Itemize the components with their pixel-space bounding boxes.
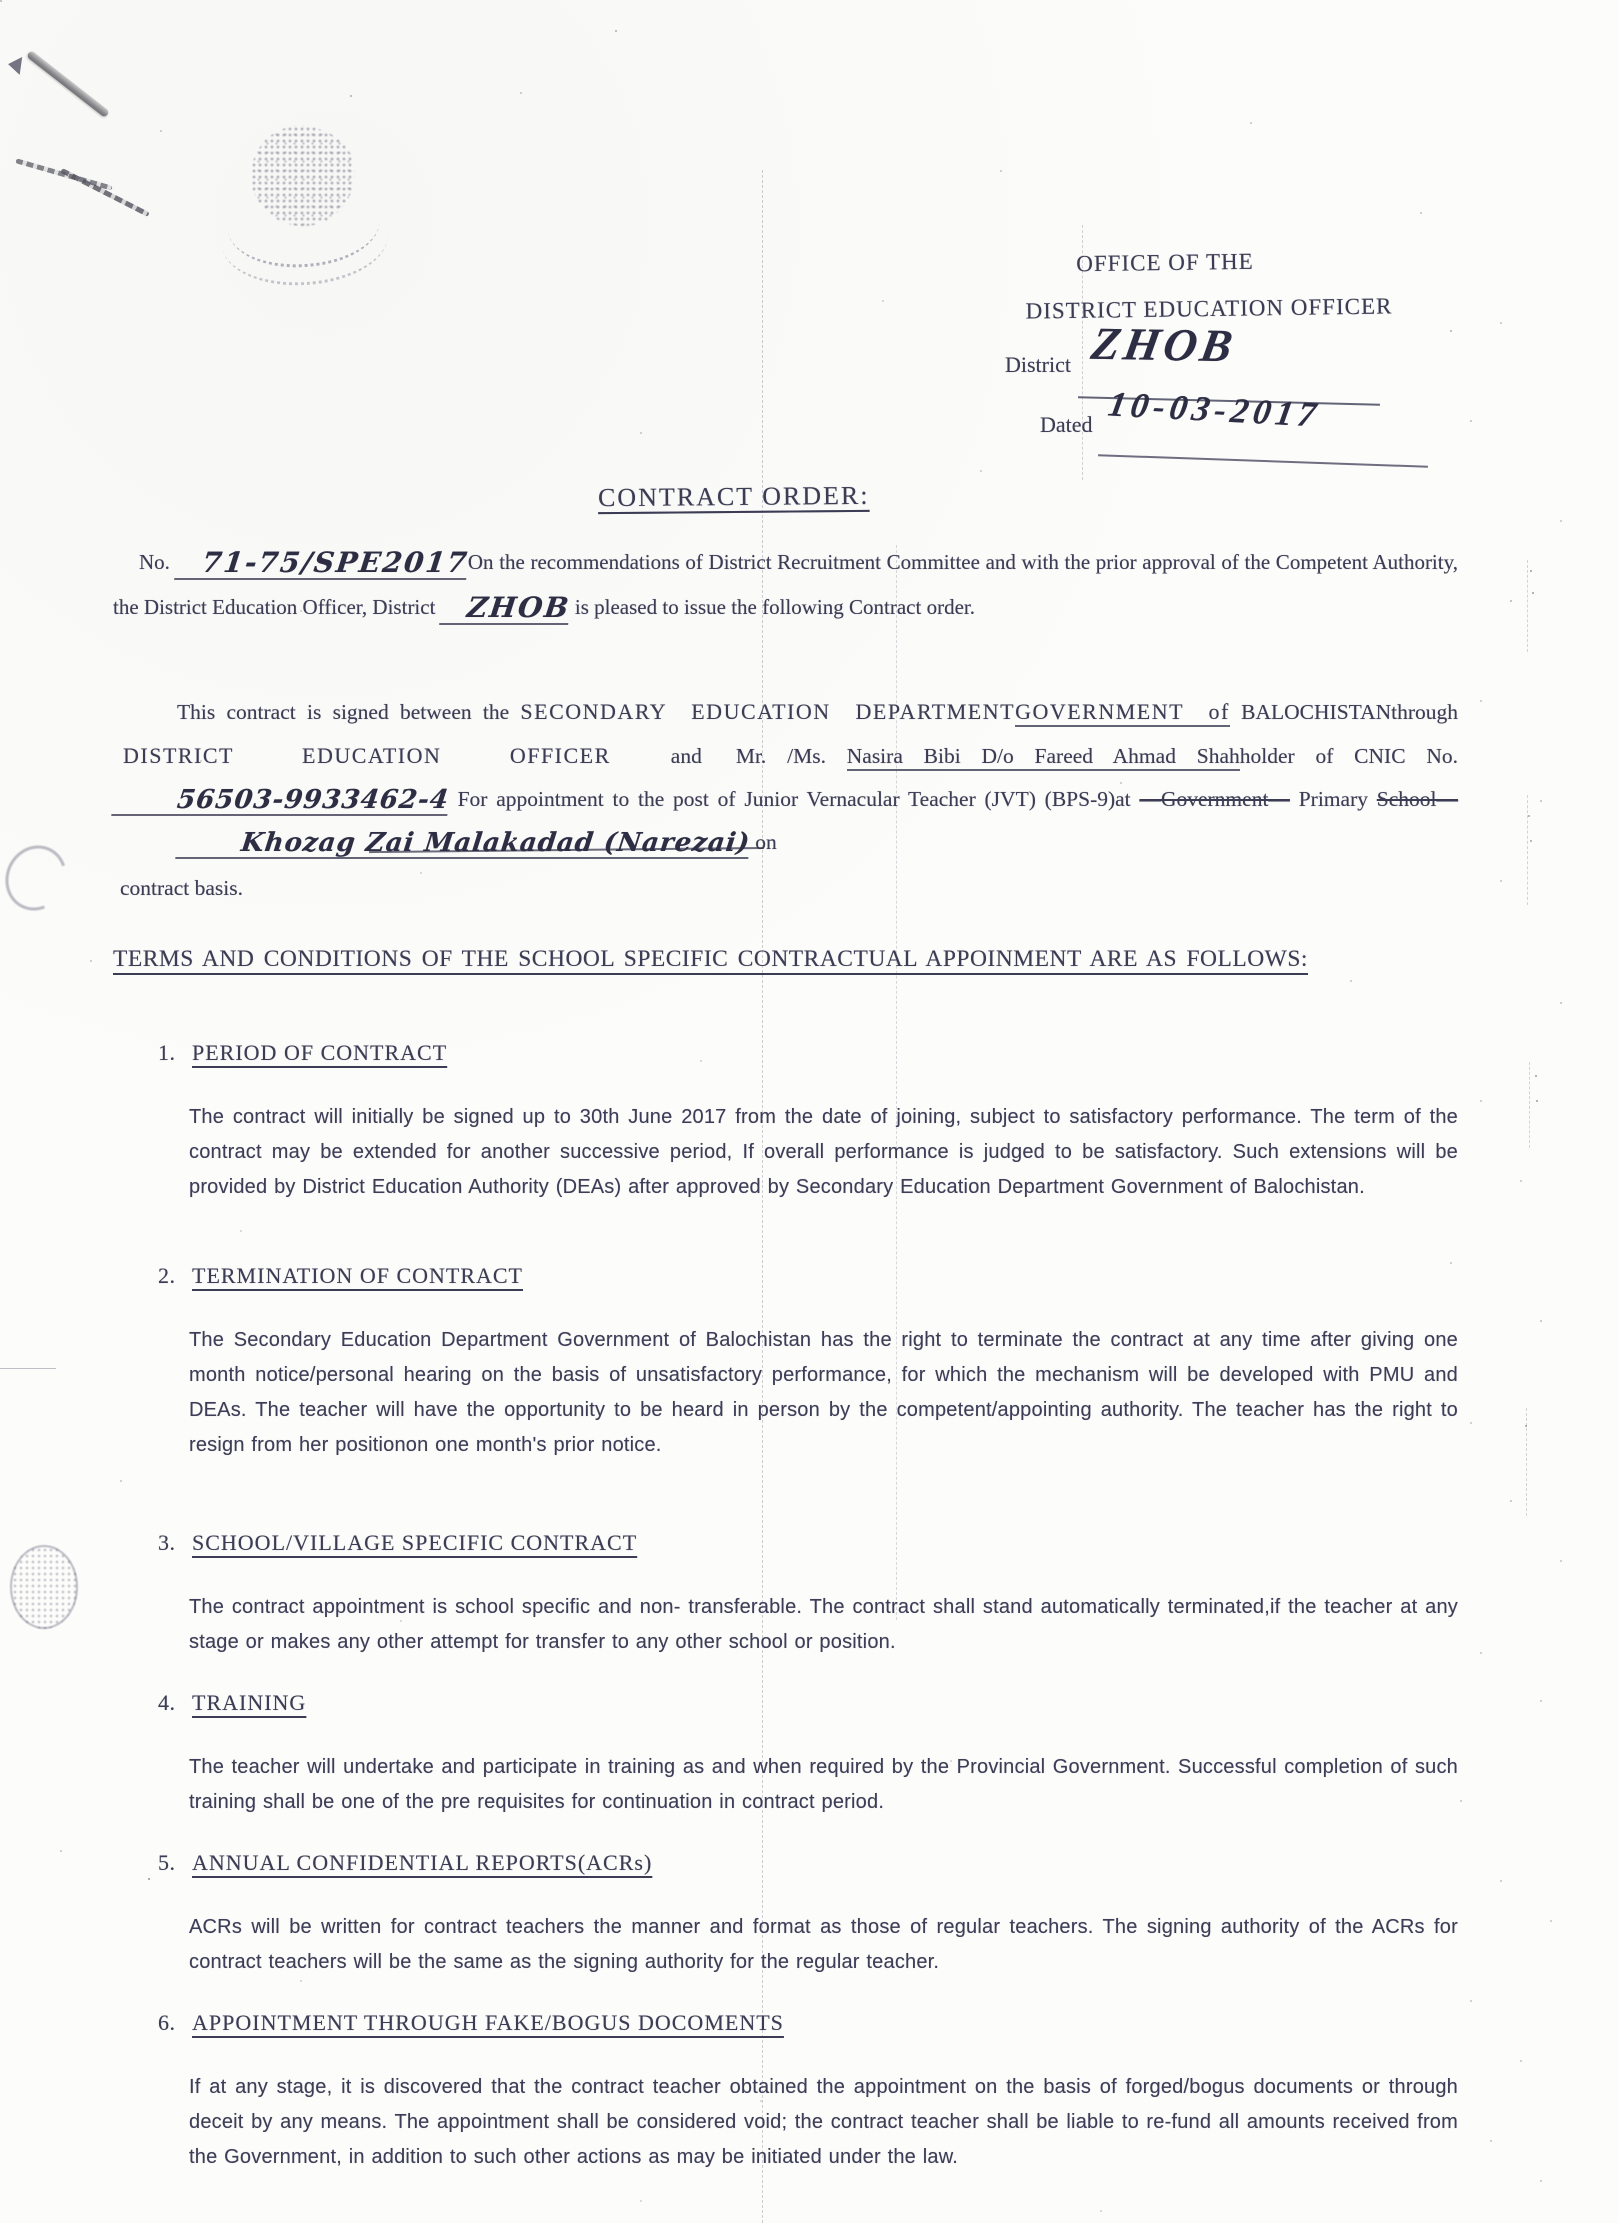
on-word: on xyxy=(755,830,777,854)
section-number: 5. xyxy=(158,1850,192,1876)
section-number: 4. xyxy=(158,1690,192,1716)
section-body: The teacher will undertake and participa… xyxy=(113,1750,1458,1820)
section-heading: APPOINTMENT THROUGH FAKE/BOGUS DOCOMENTS xyxy=(192,2010,784,2035)
section-heading: ANNUAL CONFIDENTIAL REPORTS(ACRs) xyxy=(192,1850,652,1875)
section-period-of-contract: 1.PERIOD OF CONTRACT The contract will i… xyxy=(113,1040,1458,1205)
order-no-handwritten: 71-75/SPE2017 xyxy=(174,549,470,580)
section-body: The contract appointment is school speci… xyxy=(113,1590,1458,1660)
dated-underline xyxy=(1098,454,1428,468)
order-no-label: No. xyxy=(139,550,170,574)
section-number: 1. xyxy=(158,1040,192,1066)
district-label: District xyxy=(1005,352,1071,378)
fold-crease-line xyxy=(1527,795,1528,905)
section-termination-of-contract: 2.TERMINATION OF CONTRACT The Secondary … xyxy=(113,1263,1458,1463)
section-heading: SCHOOL/VILLAGE SPECIFIC CONTRACT xyxy=(192,1530,637,1555)
dated-handwritten-value: 10-03-2017 xyxy=(1106,386,1324,432)
scanned-document-page: OFFICE OF THE DISTRICT EDUCATION OFFICER… xyxy=(0,0,1619,2223)
district-handwritten-value: ZHOB xyxy=(1088,321,1239,370)
department-caps: SECONDARY EDUCATION DEPARTMENT xyxy=(520,699,1015,724)
section-body: If at any stage, it is discovered that t… xyxy=(113,2070,1458,2175)
section-number: 2. xyxy=(158,1263,192,1289)
seal-emblem xyxy=(251,126,355,226)
party-lead: This contract is signed between the xyxy=(177,700,509,724)
section-number: 3. xyxy=(158,1530,192,1556)
section-body: The Secondary Education Department Gover… xyxy=(113,1323,1458,1463)
ink-smudge xyxy=(10,1545,78,1629)
fold-crease-line xyxy=(1526,1408,1527,1516)
mr-ms-text: Mr. /Ms. xyxy=(736,744,826,768)
dated-label: Dated xyxy=(1040,412,1093,438)
scan-noise-speckles xyxy=(0,0,2,2)
section-body: ACRs will be written for contract teache… xyxy=(113,1910,1458,1980)
office-header-line1: OFFICE OF THE xyxy=(1040,248,1290,277)
government-of-underlined: GOVERNMENT of xyxy=(1015,699,1230,727)
school-name-wrap: Khozag Zai Malakadad (Narezai) xyxy=(113,821,750,864)
school-name-handwritten: Khozag Zai Malakadad (Narezai) xyxy=(175,830,751,859)
section-training: 4.TRAINING The teacher will undertake an… xyxy=(113,1690,1458,1820)
intro-district-handwritten: ZHOB xyxy=(439,594,572,625)
appointment-text: For appointment to the post of Junior Ve… xyxy=(458,787,1131,811)
section-number: 6. xyxy=(158,2010,192,2036)
contract-basis-line: contract basis. xyxy=(120,876,243,901)
fold-crease-line xyxy=(1529,1062,1530,1148)
document-title: CONTRACT ORDER: xyxy=(598,481,870,513)
deo-caps: DISTRICT EDUCATION OFFICER xyxy=(123,743,611,768)
scratch-mark xyxy=(0,1368,56,1369)
staple-mark xyxy=(60,168,150,217)
section-school-village-specific: 3.SCHOOL/VILLAGE SPECIFIC CONTRACT The c… xyxy=(113,1530,1458,1660)
balochistan-through: BALOCHISTANthrough xyxy=(1241,700,1458,724)
terms-heading: TERMS AND CONDITIONS OF THE SCHOOL SPECI… xyxy=(113,936,1368,983)
department-seal-stamp xyxy=(243,126,403,296)
order-number-paragraph: No. 71-75/SPE2017On the recommendations … xyxy=(113,540,1458,630)
seal-arc-text xyxy=(221,224,390,290)
order-intro-tail: is pleased to issue the following Contra… xyxy=(575,595,975,619)
cnic-handwritten: 56503-9933462-4 xyxy=(111,787,450,816)
section-annual-confidential-reports: 5.ANNUAL CONFIDENTIAL REPORTS(ACRs) ACRs… xyxy=(113,1850,1458,1980)
government-struck: —Government— xyxy=(1139,787,1289,811)
section-fake-bogus-documents: 6.APPOINTMENT THROUGH FAKE/BOGUS DOCOMEN… xyxy=(113,2010,1458,2175)
school-struck: School— xyxy=(1377,787,1458,811)
staple-mark xyxy=(26,50,110,118)
section-heading: TERMINATION OF CONTRACT xyxy=(192,1263,523,1288)
section-heading: PERIOD OF CONTRACT xyxy=(192,1040,447,1065)
holder-cnic-text: holder of CNIC No. xyxy=(1240,744,1458,768)
ink-smudge xyxy=(0,835,77,920)
fold-crease-line xyxy=(1527,560,1528,652)
corner-arrow-mark xyxy=(7,55,22,75)
party-paragraph: This contract is signed between the SECO… xyxy=(113,690,1458,864)
section-body: The contract will initially be signed up… xyxy=(113,1100,1458,1205)
section-heading: TRAINING xyxy=(192,1690,306,1715)
teacher-name: Nasira Bibi D/o Fareed Ahmad Shah xyxy=(847,744,1240,771)
and-word: and xyxy=(671,744,702,768)
primary-word: Primary xyxy=(1299,787,1368,811)
